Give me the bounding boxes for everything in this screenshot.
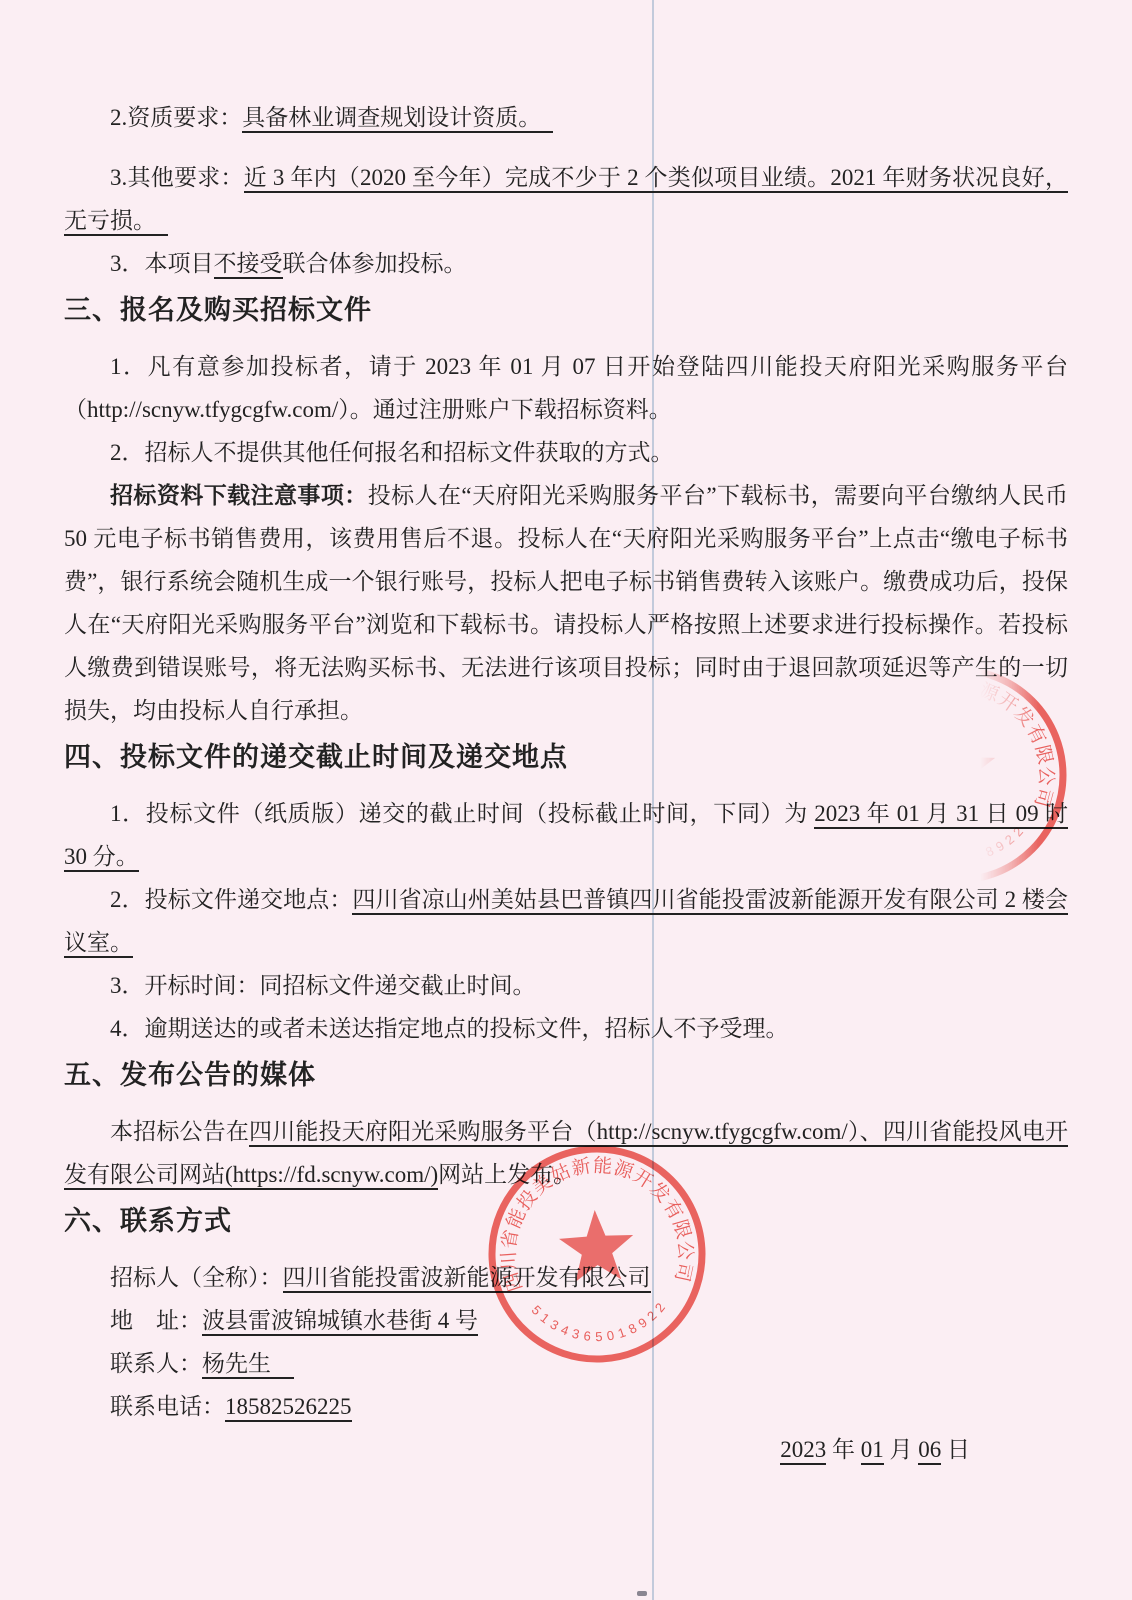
text-segment: 投标人在“天府阳光采购服务平台”下载标书，需要向平台缴纳人民币 50 元电子标书… [64,483,1068,723]
underlined-text: 不接受 [214,251,283,279]
paragraph: 地 址：波县雷波锦城镇水巷街 4 号 [64,1299,1068,1342]
text-segment: 日 [941,1437,970,1462]
text-segment: 3.其他要求： [110,165,244,190]
text-segment: 本招标公告在 [110,1119,249,1144]
paragraph: 本招标公告在四川能投天府阳光采购服务平台（http://scnyw.tfygcg… [64,1110,1068,1196]
text-segment: 五、发布公告的媒体 [64,1060,316,1090]
text-segment: 招标人（全称）： [110,1265,283,1290]
underlined-text: 具备林业调查规划设计资质。 [242,105,553,133]
paragraph: 2．招标人不提供其他任何报名和招标文件获取的方式。 [64,431,1068,474]
text-segment: 三、报名及购买招标文件 [64,295,372,325]
paragraph: 3．本项目不接受联合体参加投标。 [64,242,1068,285]
paragraph: 1．投标文件（纸质版）递交的截止时间（投标截止时间，下同）为 2023 年 01… [64,792,1068,878]
paragraph: 4．逾期送达的或者未送达指定地点的投标文件，招标人不予受理。 [64,1007,1068,1050]
paragraph: 招标资料下载注意事项：投标人在“天府阳光采购服务平台”下载标书，需要向平台缴纳人… [64,474,1068,732]
section-heading: 三、报名及购买招标文件 [64,285,1068,335]
underlined-text: 2023 [780,1437,826,1465]
scanned-document-page: 2.资质要求：具备林业调查规划设计资质。 3.其他要求：近 3 年内（2020 … [0,0,1132,1600]
underlined-text: 波县雷波锦城镇水巷街 4 号 [202,1308,478,1336]
date-line: 2023 年 01 月 06 日 [64,1428,1068,1471]
text-segment: 1．投标文件（纸质版）递交的截止时间（投标截止时间，下同）为 [110,801,814,826]
underlined-text: 01 [861,1437,884,1465]
text-segment: 年 [826,1437,861,1462]
text-segment: 六、联系方式 [64,1206,232,1236]
paragraph: 1．凡有意参加投标者，请于 2023 年 01 月 07 日开始登陆四川能投天府… [64,345,1068,431]
text-segment: 月 [884,1437,919,1462]
paragraph: 联系电话：18582526225 [64,1385,1068,1428]
document-content: 2.资质要求：具备林业调查规划设计资质。 3.其他要求：近 3 年内（2020 … [64,96,1068,1471]
underlined-text: 06 [918,1437,941,1465]
text-segment: 联合体参加投标。 [283,251,467,276]
text-segment: 招标资料下载注意事项： [110,482,368,508]
text-segment: 3．开标时间：同招标文件递交截止时间。 [110,973,536,998]
section-heading: 六、联系方式 [64,1196,1068,1246]
text-segment: 1．凡有意参加投标者，请于 2023 年 01 月 07 日开始登陆四川能投天府… [64,354,1068,422]
text-segment: 四、投标文件的递交截止时间及递交地点 [64,742,568,772]
scan-speck [637,1591,647,1596]
paragraph: 联系人：杨先生 [64,1342,1068,1385]
text-segment: 网站上发布。 [438,1162,576,1187]
paragraph: 招标人（全称）：四川省能投雷波新能源开发有限公司 [64,1256,1068,1299]
underlined-text: 18582526225 [225,1394,352,1422]
text-segment: 联系人： [110,1351,202,1376]
paragraph: 2.资质要求：具备林业调查规划设计资质。 [64,96,1068,139]
text-segment: 地 址： [110,1308,202,1333]
paragraph: 2．投标文件递交地点：四川省凉山州美姑县巴普镇四川省能投雷波新能源开发有限公司 … [64,878,1068,964]
text-segment: 4．逾期送达的或者未送达指定地点的投标文件，招标人不予受理。 [110,1016,789,1041]
underlined-text: 四川省能投雷波新能源开发有限公司 [283,1265,651,1293]
paragraph: 3.其他要求：近 3 年内（2020 至今年）完成不少于 2 个类似项目业绩。2… [64,156,1068,242]
paragraph: 3．开标时间：同招标文件递交截止时间。 [64,964,1068,1007]
section-heading: 四、投标文件的递交截止时间及递交地点 [64,732,1068,782]
text-segment: 2.资质要求： [110,105,242,130]
text-segment: 2．招标人不提供其他任何报名和招标文件获取的方式。 [110,440,674,465]
text-segment: 联系电话： [110,1394,225,1419]
underlined-text: 杨先生 [202,1351,294,1379]
section-heading: 五、发布公告的媒体 [64,1050,1068,1100]
text-segment: 2．投标文件递交地点： [110,887,352,912]
text-segment: 3．本项目 [110,251,214,276]
